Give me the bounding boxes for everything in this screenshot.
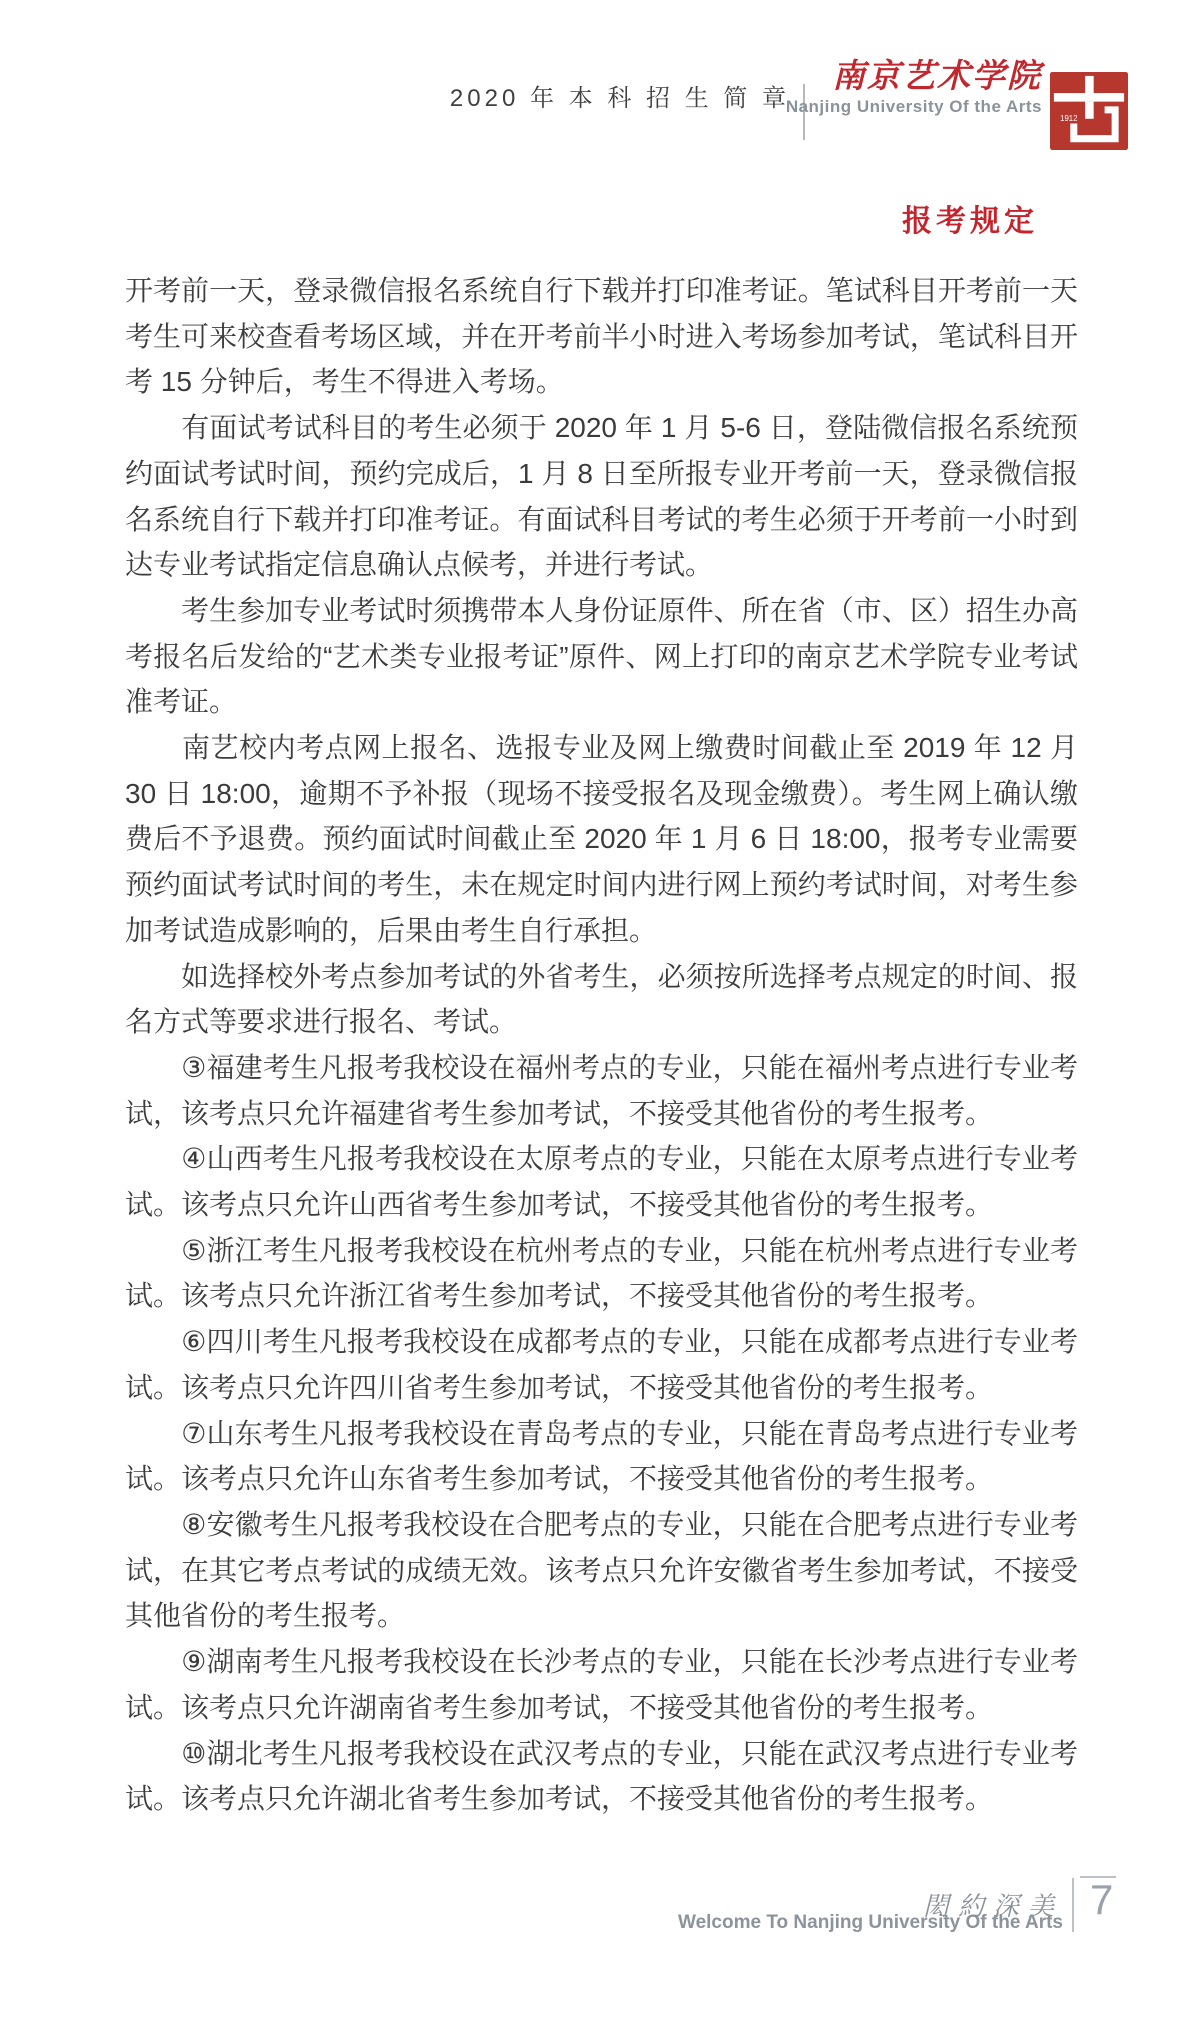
body-text: 开考前一天，登录微信报名系统自行下载并打印准考证。笔试科目开考前一天考生可来校查… [125, 268, 1078, 1822]
paragraph: ⑦山东考生凡报考我校设在青岛考点的专业，只能在青岛考点进行专业考试。该考点只允许… [125, 1411, 1078, 1502]
section-heading: 报考规定 [902, 196, 1038, 240]
footer-welcome-text: Welcome To Nanjing University Of the Art… [678, 1912, 1063, 1934]
logo-chinese-calligraphy: 南京艺术学院 [786, 58, 1042, 94]
paragraph: ⑨湖南考生凡报考我校设在长沙考点的专业，只能在长沙考点进行专业考试。该考点只允许… [125, 1639, 1078, 1730]
paragraph: 如选择校外考点参加考试的外省考生，必须按所选择考点规定的时间、报名方式等要求进行… [125, 954, 1078, 1045]
university-seal-icon: 1912 [1050, 72, 1128, 150]
page-number: 7 [1090, 1876, 1113, 1924]
paragraph: 开考前一天，登录微信报名系统自行下载并打印准考证。笔试科目开考前一天考生可来校查… [125, 268, 1078, 405]
paragraph: ④山西考生凡报考我校设在太原考点的专业，只能在太原考点进行专业考试。该考点只允许… [125, 1136, 1078, 1227]
paragraph: ③福建考生凡报考我校设在福州考点的专业，只能在福州考点进行专业考试，该考点只允许… [125, 1045, 1078, 1136]
university-logo: 南京艺术学院 Nanjing University Of the Arts [786, 58, 1042, 117]
paragraph: 有面试考试科目的考生必须于 2020 年 1 月 5-6 日，登陆微信报名系统预… [125, 405, 1078, 588]
logo-english-name: Nanjing University Of the Arts [786, 97, 1042, 117]
paragraph: ⑤浙江考生凡报考我校设在杭州考点的专业，只能在杭州考点进行专业考试。该考点只允许… [125, 1228, 1078, 1319]
paragraph: ⑧安徽考生凡报考我校设在合肥考点的专业，只能在合肥考点进行专业考试，在其它考点考… [125, 1502, 1078, 1639]
paragraph: 考生参加专业考试时须携带本人身份证原件、所在省（市、区）招生办高考报名后发给的“… [125, 588, 1078, 725]
page-header-title: 2020 年 本 科 招 生 简 章 [450, 78, 790, 113]
paragraph: ⑥四川考生凡报考我校设在成都考点的专业，只能在成都考点进行专业考试。该考点只允许… [125, 1319, 1078, 1410]
document-page: 2020 年 本 科 招 生 简 章 南京艺术学院 Nanjing Univer… [0, 0, 1200, 2020]
paragraph: 南艺校内考点网上报名、选报专业及网上缴费时间截止至 2019 年 12 月 30… [125, 725, 1078, 954]
footer-divider-vertical [1072, 1878, 1074, 1932]
paragraph: ⑩湖北考生凡报考我校设在武汉考点的专业，只能在武汉考点进行专业考试。该考点只允许… [125, 1731, 1078, 1822]
seal-year-text: 1912 [1060, 114, 1077, 123]
